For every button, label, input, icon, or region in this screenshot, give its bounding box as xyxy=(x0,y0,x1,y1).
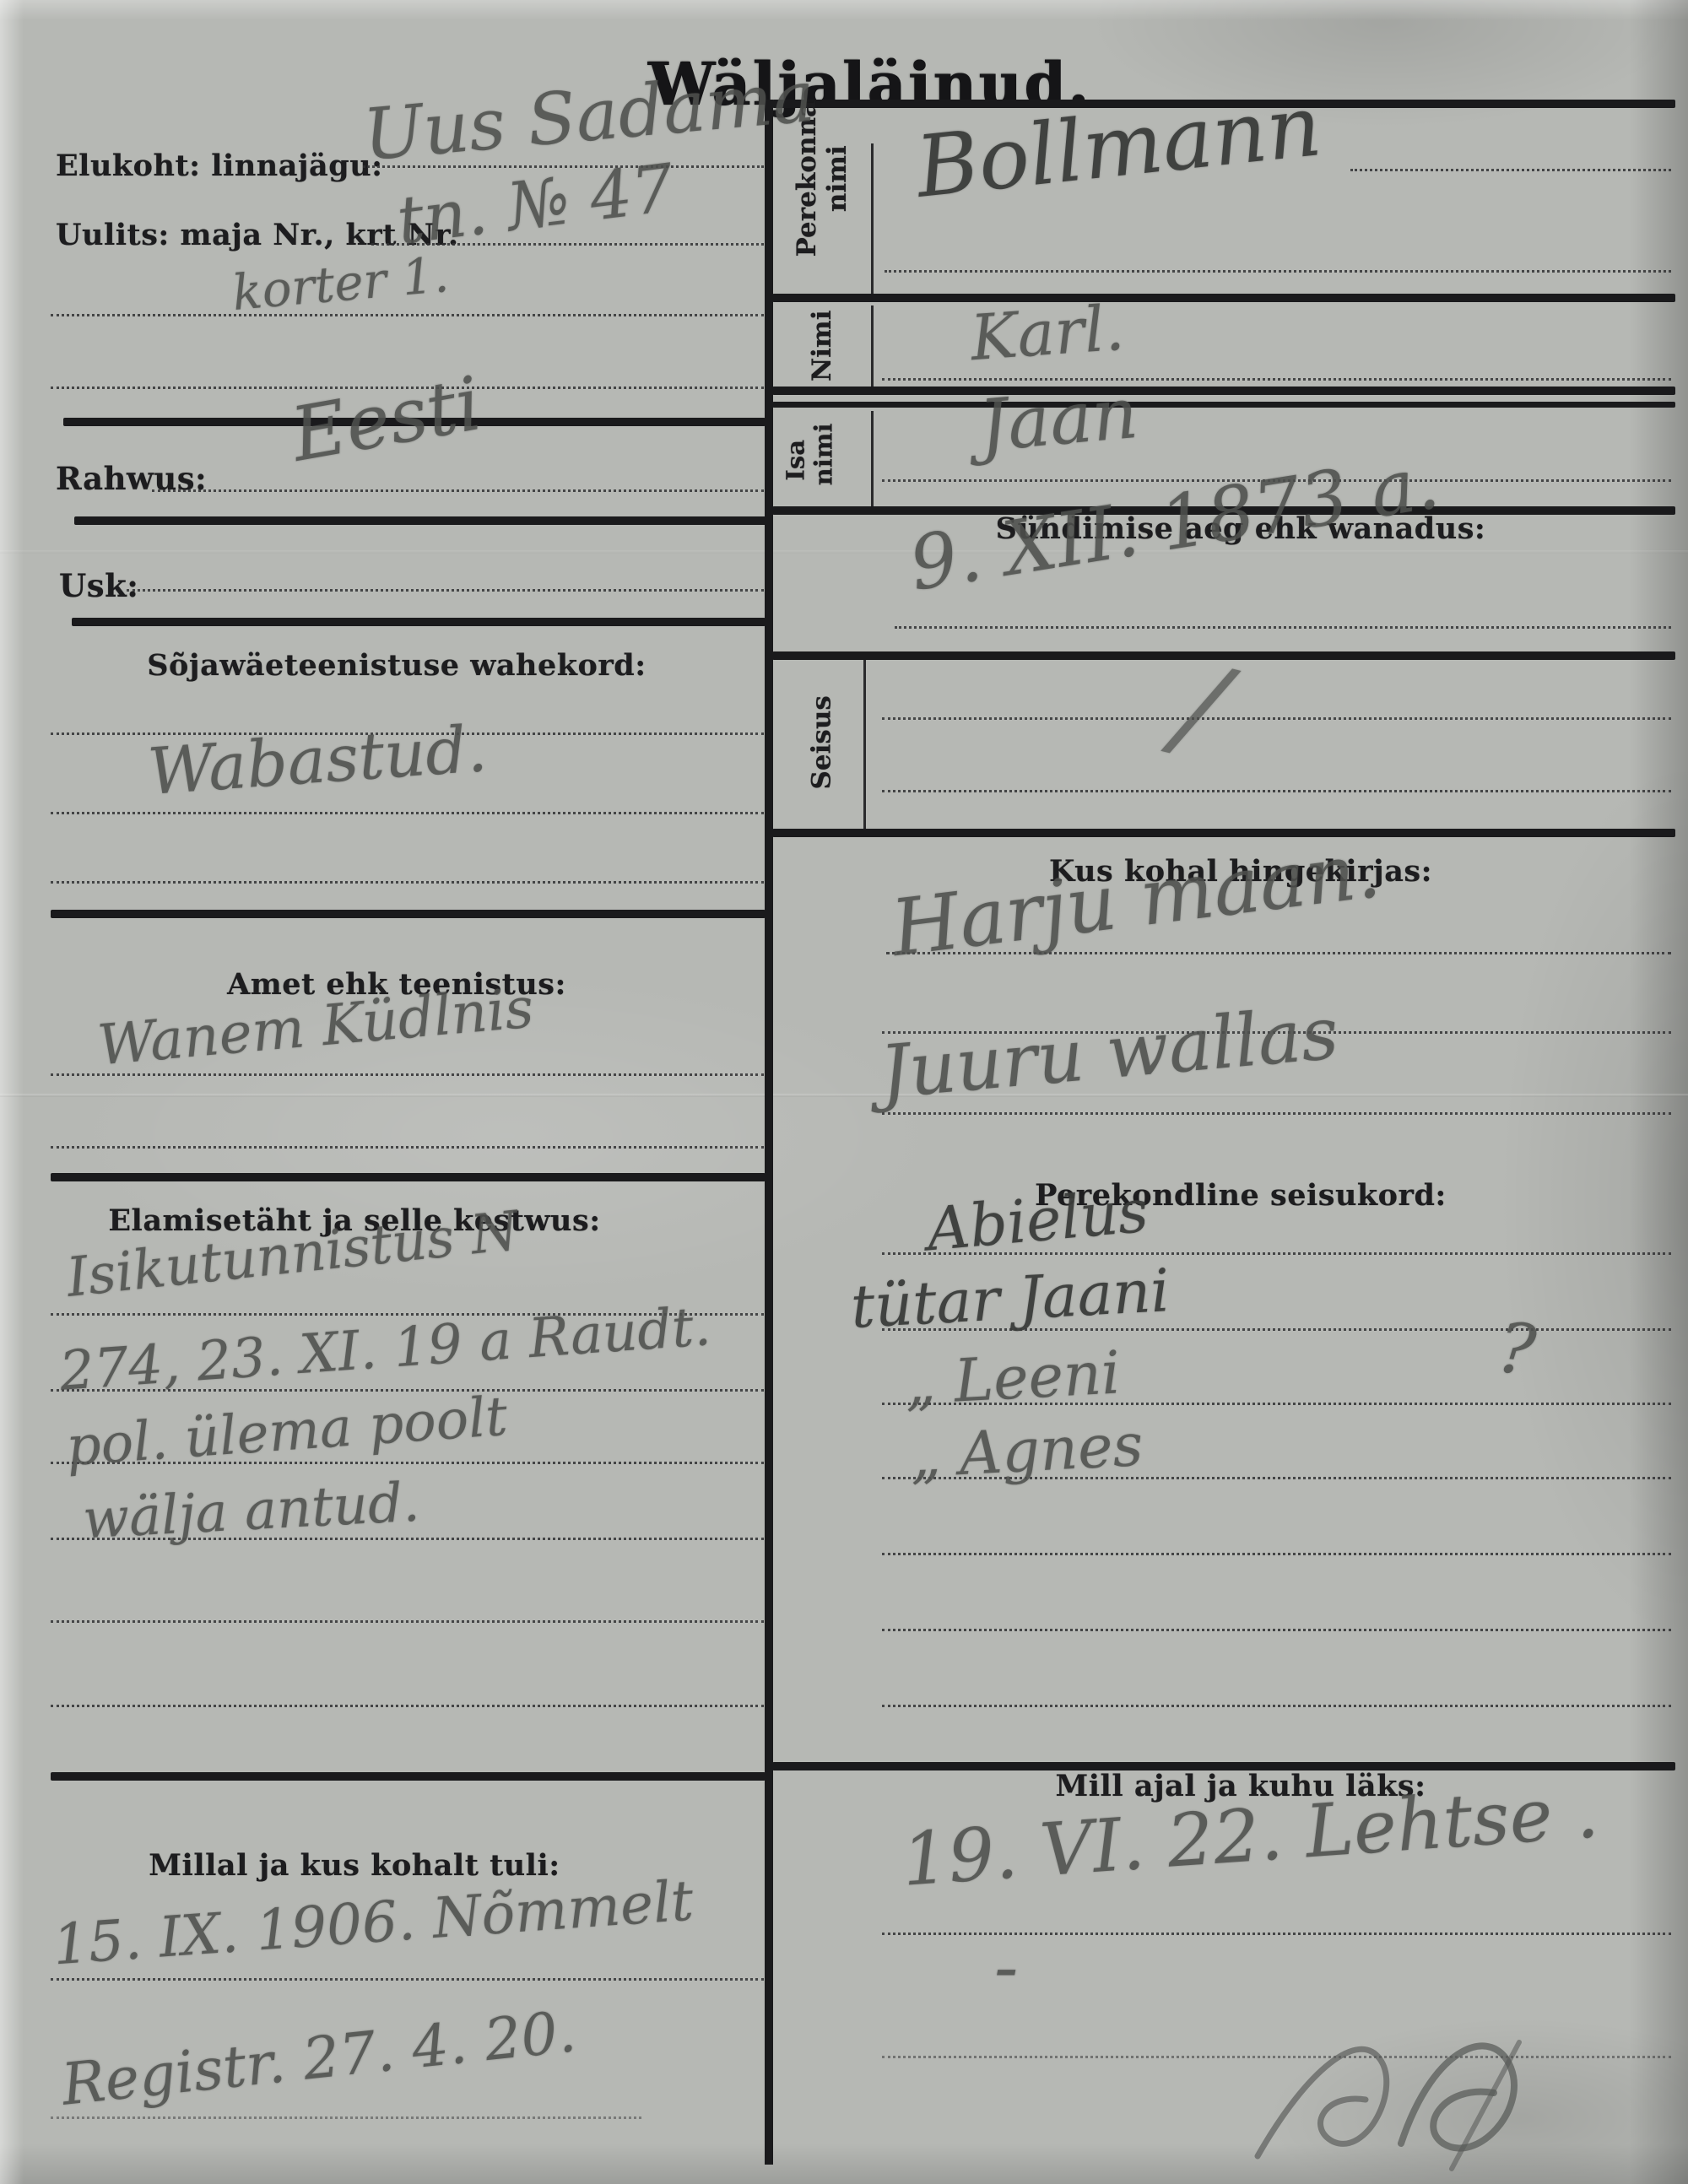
dotted-line xyxy=(51,2116,641,2119)
handwriting-nimi: Karl. xyxy=(968,292,1127,375)
handwriting-isa-nimi: Jaan xyxy=(976,371,1141,468)
field-label-elukoht: Elukoht: linnajägu: xyxy=(56,149,383,183)
dotted-line xyxy=(51,1073,764,1076)
vertical-label-seisus: Seisus xyxy=(808,657,838,828)
handwriting-korter: korter 1. xyxy=(230,246,452,322)
column-divider xyxy=(765,100,773,2165)
paper-crease xyxy=(0,1094,1688,1097)
rule-bar xyxy=(72,618,766,626)
dotted-line xyxy=(51,314,764,316)
dotted-line xyxy=(51,812,764,814)
handwriting-register: Registr. 27. 4. 20. xyxy=(59,1998,580,2118)
dotted-line xyxy=(882,1112,1671,1115)
rule-bar xyxy=(51,1173,766,1181)
rule-bar xyxy=(772,829,1675,837)
handwriting-millal: 15. IX. 1906. Nõmmelt xyxy=(51,1868,695,1978)
dotted-line xyxy=(882,1629,1671,1631)
dotted-line xyxy=(882,1705,1671,1707)
rule-bar xyxy=(772,294,1675,302)
dotted-line xyxy=(51,1705,764,1707)
rule-bar xyxy=(74,516,766,525)
dotted-line xyxy=(51,1620,764,1623)
vertical-label-isa-nimi: Isa nimi xyxy=(782,435,839,485)
vertical-label-nimi: Nimi xyxy=(808,304,838,388)
paper-crease xyxy=(0,550,1688,554)
handwriting-perekondline-3: „ Leeni xyxy=(903,1338,1122,1418)
handwriting-rahwus: Eesti xyxy=(285,359,487,478)
pencil-scribble-mark xyxy=(1241,2008,1578,2184)
rule-bar xyxy=(772,402,1675,408)
handwriting-elamisetaht-2: 274, 23. XI. 19 a Raudt. xyxy=(57,1295,712,1403)
dotted-line xyxy=(882,717,1671,720)
handwriting-sojawae: Wabastud. xyxy=(145,711,489,809)
dotted-line xyxy=(882,1553,1671,1555)
label-cell-divider xyxy=(871,305,874,387)
dotted-line xyxy=(51,1978,764,1981)
rule-bar xyxy=(772,387,1675,395)
section-header-sojawae: Sõjawäeteenistuse wahekord: xyxy=(101,648,692,683)
scanned-registration-card: Wäljaläinud. Elukoht: linnajägu: Uulits:… xyxy=(0,0,1688,2184)
handwriting-perekondline-4: „ Agnes xyxy=(908,1410,1144,1491)
rule-bar xyxy=(51,1772,766,1781)
rule-bar xyxy=(772,1762,1675,1770)
dotted-line xyxy=(51,1146,764,1149)
dotted-line xyxy=(895,626,1671,629)
dotted-line xyxy=(882,790,1671,792)
dotted-line xyxy=(127,589,764,592)
handwriting-question-mark: ? xyxy=(1494,1308,1539,1392)
field-label-usk: Usk: xyxy=(59,567,138,604)
rule-bar xyxy=(51,910,766,918)
label-cell-divider xyxy=(871,411,874,506)
label-cell-divider xyxy=(871,143,874,294)
handwriting-elamisetaht-3: pol. ülema poolt xyxy=(64,1386,510,1479)
dotted-line xyxy=(885,270,1671,273)
dotted-line xyxy=(1350,169,1671,171)
label-cell-divider xyxy=(863,660,866,829)
dotted-line xyxy=(51,881,764,884)
dotted-line xyxy=(882,378,1671,381)
handwriting-laks-dash: - xyxy=(994,1926,1018,2008)
dotted-line xyxy=(152,489,764,492)
